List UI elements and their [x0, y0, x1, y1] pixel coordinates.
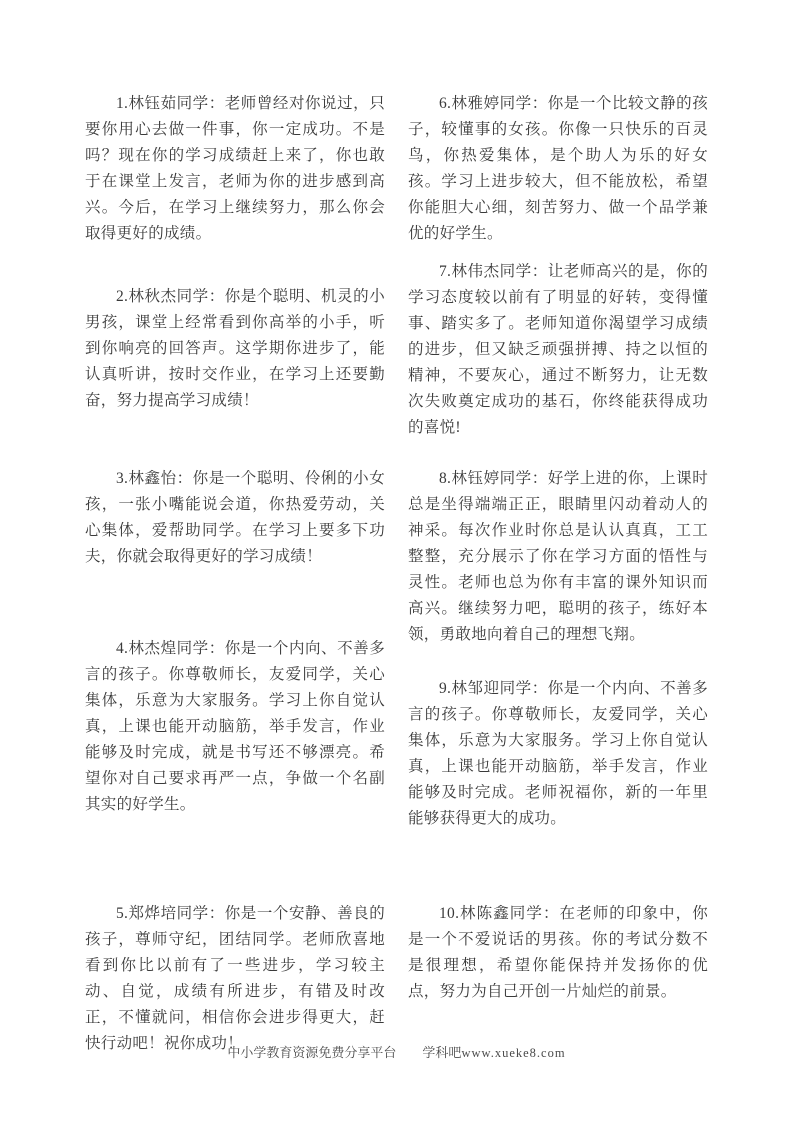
student-comment-3: 3.林鑫怡：你是一个聪明、伶俐的小女孩，一张小嘴能说会道，你热爱劳动，关心集体，…: [85, 466, 385, 570]
student-comment-8: 8.林钰婷同学：好学上进的你，上课时总是坐得端端正正，眼睛里闪动着动人的神采。每…: [408, 466, 708, 648]
student-comment-7: 7.林伟杰同学：让老师高兴的是，你的学习态度较以前有了明显的好转，变得懂事、踏实…: [408, 259, 708, 441]
student-comment-2: 2.林秋杰同学：你是个聪明、机灵的小男孩，课堂上经常看到你高举的小手，听到你响亮…: [85, 284, 385, 414]
student-comment-10: 10.林陈鑫同学：在老师的印象中，你是一个不爱说话的男孩。你的考试分数不是很理想…: [408, 901, 708, 1005]
student-comment-5: 5.郑烨培同学：你是一个安静、善良的孩子，尊师守纪，团结同学。老师欣喜地看到你比…: [85, 901, 385, 1057]
student-comment-4: 4.林杰煌同学：你是一个内向、不善多言的孩子。你尊敬师长，友爱同学，关心集体，乐…: [85, 636, 385, 818]
student-comment-1: 1.林钰茹同学：老师曾经对你说过，只要你用心去做一件事，你一定成功。不是吗？现在…: [85, 91, 385, 247]
student-comment-6: 6.林雅婷同学：你是一个比较文静的孩子，较懂事的女孩。你像一只快乐的百灵鸟，你热…: [408, 91, 708, 247]
page-footer: 中小学教育资源免费分享平台学科吧www.xueke8.com: [0, 1042, 793, 1061]
student-comment-9: 9.林邹迎同学：你是一个内向、不善多言的孩子。你尊敬师长，友爱同学，关心集体，乐…: [408, 676, 708, 832]
footer-site-url: www.xueke8.com: [461, 1046, 565, 1060]
document-page: 1.林钰茹同学：老师曾经对你说过，只要你用心去做一件事，你一定成功。不是吗？现在…: [0, 0, 793, 1122]
footer-platform-text: 中小学教育资源免费分享平台: [227, 1045, 396, 1060]
footer-site-name: 学科吧: [422, 1045, 461, 1060]
